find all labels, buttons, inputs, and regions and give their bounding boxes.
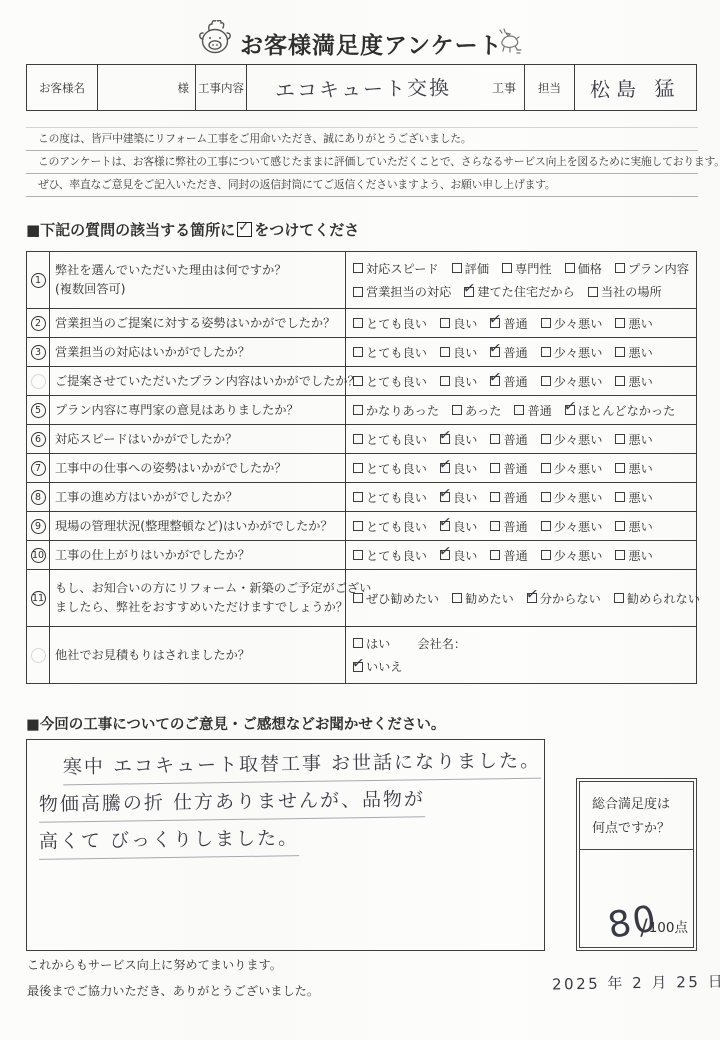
option-label: 良い	[453, 373, 477, 390]
survey-option[interactable]: とても良い	[353, 315, 427, 332]
checkbox-icon[interactable]	[565, 263, 575, 273]
question-number: 4	[31, 374, 46, 389]
survey-row: 1弊社を選んでいただいた理由は何ですか？(複数回答可)対応スピード評価専門性価格…	[27, 252, 696, 308]
question-number-cell: 11	[27, 570, 50, 626]
survey-row: 3営業担当の対応はいかがでしたか？とても良い良い普通少々悪い悪い	[27, 337, 696, 366]
options-cell: とても良い良い普通少々悪い悪い	[346, 367, 696, 395]
question-cell: 弊社を選んでいただいた理由は何ですか？(複数回答可)	[50, 252, 346, 308]
options-cell: はい会社名：いいえ	[346, 627, 696, 683]
survey-option[interactable]: 専門性	[502, 260, 552, 277]
checkbox-checked-icon[interactable]	[440, 492, 450, 502]
checkbox-icon[interactable]	[615, 434, 625, 444]
slash-mark: /	[640, 916, 647, 941]
intro-line-1: この度は、皆戸中建築にリフォーム工事をご用命いただき、誠にありがとうございました…	[26, 128, 698, 151]
option-label: 分からない	[540, 590, 601, 607]
date-handwritten-value: 2025 年 2 月 25 日	[552, 970, 720, 994]
question-number: 2	[31, 316, 46, 331]
options-cell: 対応スピード評価専門性価格プラン内容営業担当の対応建てた住宅だから当社の場所	[346, 252, 704, 308]
survey-row: 4ご提案させていただいたプラン内容はいかがでしたか？とても良い良い普通少々悪い悪…	[27, 366, 696, 395]
option-label: 専門性	[515, 260, 552, 277]
checkbox-icon[interactable]	[353, 463, 363, 473]
survey-option[interactable]: とても良い	[353, 547, 427, 564]
survey-option[interactable]: 悪い	[615, 518, 652, 535]
option-label: 良い	[453, 431, 477, 448]
option-label: 良い	[453, 344, 477, 361]
survey-option[interactable]: 分からない	[527, 590, 601, 607]
question-cell: 現場の管理状況(整理整頓など)はいかがでしたか？	[50, 512, 346, 540]
survey-option[interactable]: 良い	[440, 518, 477, 535]
intro-line-3: ぜひ、率直なご意見をご記入いただき、同封の返信封筒にてご返信くださいますよう、お…	[26, 174, 698, 197]
option-label: 少々悪い	[554, 489, 603, 506]
checkbox-icon[interactable]	[615, 492, 625, 502]
options-cell: とても良い良い普通少々悪い悪い	[346, 309, 696, 337]
survey-option[interactable]: 勧められない	[614, 590, 700, 607]
checkbox-icon[interactable]	[353, 550, 363, 560]
checkbox-checked-icon	[237, 222, 252, 237]
checkbox-icon[interactable]	[490, 463, 500, 473]
survey-option[interactable]: 悪い	[615, 489, 652, 506]
survey-option[interactable]: 普通	[514, 402, 551, 419]
option-line: 対応スピード評価専門性価格プラン内容	[353, 260, 702, 277]
survey-table: 1弊社を選んでいただいた理由は何ですか？(複数回答可)対応スピード評価専門性価格…	[26, 251, 697, 684]
survey-section-title: ■下記の質問の該当する箇所にをつけてくださ	[26, 219, 359, 240]
comments-section-title: ■今回の工事についてのご意見・ご感想などお聞かせください。	[26, 713, 445, 734]
option-label: 普通	[503, 373, 527, 390]
checkbox-checked-icon[interactable]	[565, 405, 575, 415]
question-number: 12	[31, 648, 46, 663]
question-number-cell: 6	[27, 425, 50, 453]
checkbox-icon[interactable]	[502, 263, 512, 273]
question-cell: 営業担当の対応はいかがでしたか？	[50, 338, 346, 366]
staff-label: 担当	[524, 65, 574, 110]
option-line: いいえ	[353, 658, 694, 675]
question-number: 3	[31, 345, 46, 360]
survey-option[interactable]: 悪い	[615, 460, 652, 477]
option-label: 勧めたい	[465, 590, 514, 607]
option-label: 良い	[453, 518, 477, 535]
question-number: 10	[31, 548, 46, 563]
options-cell: とても良い良い普通少々悪い悪い	[346, 425, 696, 453]
question-number-cell: 2	[27, 309, 50, 337]
checkbox-icon[interactable]	[615, 521, 625, 531]
option-label: プラン内容	[628, 260, 689, 277]
option-label: とても良い	[366, 344, 427, 361]
question-number-cell: 1	[27, 252, 50, 308]
survey-option[interactable]: 少々悪い	[541, 315, 603, 332]
checkbox-icon[interactable]	[615, 263, 625, 273]
survey-option[interactable]: はい	[353, 635, 390, 652]
checkbox-icon[interactable]	[353, 492, 363, 502]
options-cell: とても良い良い普通少々悪い悪い	[346, 454, 696, 482]
work-suffix-label: 工事	[492, 79, 516, 96]
option-label: とても良い	[366, 315, 427, 332]
checkbox-icon[interactable]	[452, 405, 462, 415]
option-label: 悪い	[628, 431, 652, 448]
option-label: 建てた住宅だから	[477, 283, 575, 300]
option-label: 少々悪い	[554, 547, 603, 564]
option-label: かなりあった	[366, 402, 439, 419]
option-line: はい会社名：	[353, 635, 694, 652]
checkbox-icon[interactable]	[353, 287, 363, 297]
checkbox-checked-icon[interactable]	[490, 376, 500, 386]
question-text: (複数回答可)	[55, 280, 341, 299]
survey-option[interactable]: 悪い	[615, 547, 652, 564]
option-label: いいえ	[366, 658, 403, 675]
option-label: あった	[465, 402, 501, 419]
question-text: 営業担当の対応はいかがでしたか？	[55, 343, 341, 362]
survey-option[interactable]: 悪い	[615, 344, 652, 361]
option-label: 普通	[503, 344, 527, 361]
option-label: 普通	[527, 402, 551, 419]
question-cell: もし、お知合いの方にリフォーム・新築のご予定がございましたら、弊社をおすすめいた…	[50, 570, 346, 626]
checkbox-icon[interactable]	[490, 521, 500, 531]
staff-name-cell: 松島 猛	[574, 65, 696, 110]
option-label: 価格	[578, 260, 602, 277]
survey-option[interactable]: 少々悪い	[541, 518, 603, 535]
question-number: 11	[31, 591, 46, 606]
option-label: とても良い	[366, 431, 427, 448]
customer-name-label: お客様名	[27, 65, 97, 110]
checkbox-icon[interactable]	[541, 434, 551, 444]
checkbox-icon[interactable]	[541, 492, 551, 502]
survey-option[interactable]: とても良い	[353, 460, 427, 477]
option-label: 良い	[453, 489, 477, 506]
option-label: 営業担当の対応	[366, 283, 451, 300]
survey-option[interactable]: とても良い	[353, 518, 427, 535]
checkbox-icon[interactable]	[440, 376, 450, 386]
survey-row: 12他社でお見積もりはされましたか？はい会社名：いいえ	[27, 626, 696, 683]
question-number: 6	[31, 432, 46, 447]
option-label: はい	[366, 635, 390, 652]
option-label: 少々悪い	[554, 460, 603, 477]
survey-option[interactable]: 価格	[565, 260, 602, 277]
survey-option[interactable]: 普通	[490, 431, 527, 448]
option-label: 普通	[503, 547, 527, 564]
checkbox-checked-icon[interactable]	[440, 521, 450, 531]
question-text: 工事中の仕事への姿勢はいかがでしたか？	[55, 459, 341, 478]
question-cell: 工事の進め方はいかがでしたか？	[50, 483, 346, 511]
survey-option[interactable]: 普通	[490, 315, 527, 332]
option-label: 普通	[503, 518, 527, 535]
option-label: 普通	[503, 460, 527, 477]
survey-option[interactable]: ほとんどなかった	[565, 402, 676, 419]
checkbox-icon[interactable]	[615, 347, 625, 357]
survey-option[interactable]: 勧めたい	[452, 590, 514, 607]
question-text: 工事の進め方はいかがでしたか？	[55, 488, 341, 507]
option-label: 少々悪い	[554, 315, 603, 332]
question-cell: ご提案させていただいたプラン内容はいかがでしたか？	[50, 367, 346, 395]
question-cell: 工事の仕上がりはいかがでしたか？	[50, 541, 346, 569]
survey-option[interactable]: 良い	[440, 547, 477, 564]
question-number-cell: 7	[27, 454, 50, 482]
checkbox-icon[interactable]	[490, 434, 500, 444]
comment-line-3: 高くて びっくりしました。	[39, 827, 299, 859]
checkbox-icon[interactable]	[541, 347, 551, 357]
survey-option[interactable]: 普通	[490, 373, 527, 390]
option-label: 悪い	[628, 315, 652, 332]
work-type-label: 工事内容	[195, 65, 246, 110]
checkbox-checked-icon[interactable]	[440, 463, 450, 473]
option-label: とても良い	[366, 373, 427, 390]
checkbox-icon[interactable]	[440, 347, 450, 357]
question-number-cell: 5	[27, 396, 50, 424]
survey-option[interactable]: 良い	[440, 344, 477, 361]
checkbox-checked-icon[interactable]	[490, 347, 500, 357]
checkbox-icon[interactable]	[353, 318, 363, 328]
survey-option[interactable]: とても良い	[353, 373, 427, 390]
score-value-field[interactable]: 80 /100点	[580, 850, 693, 947]
survey-option[interactable]: 普通	[490, 344, 527, 361]
work-type-cell: エコキュート交換 工事	[246, 65, 524, 110]
survey-option[interactable]: 建てた住宅だから	[464, 283, 575, 300]
option-label: 普通	[503, 431, 527, 448]
survey-option[interactable]: あった	[452, 402, 501, 419]
option-line: とても良い良い普通少々悪い悪い	[353, 518, 694, 535]
option-line: とても良い良い普通少々悪い悪い	[353, 489, 694, 506]
checkbox-checked-icon[interactable]	[490, 318, 500, 328]
question-cell: プラン内容に専門家の意見はありましたか？	[50, 396, 346, 424]
survey-option[interactable]: 少々悪い	[541, 431, 603, 448]
survey-option[interactable]: 少々悪い	[541, 344, 603, 361]
checkbox-icon[interactable]	[452, 263, 462, 273]
checkbox-icon[interactable]	[440, 318, 450, 328]
option-label: とても良い	[366, 489, 427, 506]
page-title: お客様満足度アンケート	[240, 27, 503, 60]
question-text: 現場の管理状況(整理整頓など)はいかがでしたか？	[55, 517, 341, 536]
question-text: 他社でお見積もりはされましたか？	[55, 646, 341, 665]
checkbox-icon[interactable]	[615, 550, 625, 560]
survey-option[interactable]: プラン内容	[615, 260, 689, 277]
checkbox-icon[interactable]	[615, 318, 625, 328]
intro-line-2: このアンケートは、お客様に弊社の工事について感じたままに評価していただくことで、…	[26, 151, 698, 174]
survey-option[interactable]: 少々悪い	[541, 460, 603, 477]
checkbox-icon[interactable]	[615, 376, 625, 386]
options-cell: かなりあったあった普通ほとんどなかった	[346, 396, 696, 424]
score-denominator: /100点	[640, 916, 688, 941]
option-text: 会社名：	[417, 635, 466, 652]
survey-option[interactable]: とても良い	[353, 431, 427, 448]
option-label: とても良い	[366, 518, 427, 535]
option-label: 良い	[453, 460, 477, 477]
checkbox-icon[interactable]	[353, 434, 363, 444]
option-line: とても良い良い普通少々悪い悪い	[353, 344, 694, 361]
survey-option[interactable]: ぜひ勧めたい	[353, 590, 439, 607]
option-line: かなりあったあった普通ほとんどなかった	[353, 402, 694, 419]
checkbox-icon[interactable]	[614, 593, 624, 603]
checkbox-checked-icon[interactable]	[440, 550, 450, 560]
options-cell: とても良い良い普通少々悪い悪い	[346, 541, 696, 569]
question-number: 9	[31, 519, 46, 534]
question-text: もし、お知合いの方にリフォーム・新築のご予定がござい	[55, 579, 341, 598]
question-text: プラン内容に専門家の意見はありましたか？	[55, 401, 341, 420]
survey-option[interactable]: 普通	[490, 547, 527, 564]
question-text: 営業担当のご提案に対する姿勢はいかがでしたか？	[55, 314, 341, 333]
survey-row: 10工事の仕上がりはいかがでしたか？とても良い良い普通少々悪い悪い	[27, 540, 696, 569]
survey-row: 5プラン内容に専門家の意見はありましたか？かなりあったあった普通ほとんどなかった	[27, 395, 696, 424]
question-number-cell: 10	[27, 541, 50, 569]
option-line: とても良い良い普通少々悪い悪い	[353, 315, 694, 332]
checkbox-icon[interactable]	[353, 638, 363, 648]
honorific-label: 様	[178, 80, 190, 96]
survey-row: 7工事中の仕事への姿勢はいかがでしたか？とても良い良い普通少々悪い悪い	[27, 453, 696, 482]
checkbox-icon[interactable]	[452, 593, 462, 603]
survey-option[interactable]: いいえ	[353, 658, 403, 675]
checkbox-checked-icon[interactable]	[440, 434, 450, 444]
checkbox-icon[interactable]	[615, 463, 625, 473]
option-label: 会社名：	[417, 635, 466, 652]
survey-option[interactable]: かなりあった	[353, 402, 439, 419]
survey-option[interactable]: 少々悪い	[541, 489, 603, 506]
option-line: とても良い良い普通少々悪い悪い	[353, 431, 694, 448]
survey-option[interactable]: とても良い	[353, 344, 427, 361]
option-label: 悪い	[628, 518, 652, 535]
handwritten-comment: 寒中 エコキュート取替工事 お世話になりました。 物価高騰の折 仕方ありませんが…	[27, 740, 544, 857]
checkbox-icon[interactable]	[514, 405, 524, 415]
survey-option[interactable]: 当社の場所	[588, 283, 662, 300]
checkbox-icon[interactable]	[353, 521, 363, 531]
option-line: ぜひ勧めたい勧めたい分からない勧められない	[353, 590, 713, 607]
checkbox-icon[interactable]	[541, 550, 551, 560]
checkbox-icon[interactable]	[353, 347, 363, 357]
option-line: とても良い良い普通少々悪い悪い	[353, 373, 694, 390]
scanned-survey-page: お客様満足度アンケート お客様名 様 工事内容 エコキュート交換 工事 担当 松…	[0, 0, 720, 1040]
checkbox-checked-icon[interactable]	[464, 287, 474, 297]
survey-option[interactable]: 悪い	[615, 315, 652, 332]
checkbox-checked-icon[interactable]	[353, 662, 363, 672]
customer-name-field[interactable]: 様	[97, 65, 195, 110]
question-cell: 他社でお見積もりはされましたか？	[50, 627, 346, 683]
comment-line-1: 寒中 エコキュート取替工事 お世話になりました。	[63, 750, 541, 785]
option-label: 良い	[453, 547, 477, 564]
question-text: 工事の仕上がりはいかがでしたか？	[55, 546, 341, 565]
survey-row: 8工事の進め方はいかがでしたか？とても良い良い普通少々悪い悪い	[27, 482, 696, 511]
question-text: ご提案させていただいたプラン内容はいかがでしたか？	[55, 372, 341, 391]
survey-option[interactable]: 悪い	[615, 373, 652, 390]
footer-line-2: 最後までご協力いただき、ありがとうございました。	[27, 982, 319, 999]
score-question-label: 総合満足度は 何点ですか？	[580, 782, 693, 850]
checkbox-icon[interactable]	[588, 287, 598, 297]
survey-option[interactable]: 良い	[440, 431, 477, 448]
question-cell: 工事中の仕事への姿勢はいかがでしたか？	[50, 454, 346, 482]
survey-option[interactable]: 対応スピード	[353, 260, 439, 277]
option-label: 少々悪い	[554, 431, 603, 448]
question-number: 1	[31, 273, 46, 288]
question-number-cell: 4	[27, 367, 50, 395]
checkbox-icon[interactable]	[541, 521, 551, 531]
option-label: 勧められない	[627, 590, 700, 607]
option-label: ほとんどなかった	[578, 402, 676, 419]
option-label: 悪い	[628, 460, 652, 477]
option-label: とても良い	[366, 547, 427, 564]
checkbox-icon[interactable]	[353, 376, 363, 386]
work-type-handwritten-value: エコキュート交換	[275, 71, 451, 103]
comments-box[interactable]: 寒中 エコキュート取替工事 お世話になりました。 物価高騰の折 仕方ありませんが…	[26, 739, 545, 951]
survey-option[interactable]: 営業担当の対応	[353, 283, 451, 300]
checkbox-icon[interactable]	[541, 318, 551, 328]
overall-score-box: 総合満足度は 何点ですか？ 80 /100点	[576, 778, 697, 951]
question-number-cell: 12	[27, 627, 50, 683]
survey-option[interactable]: 悪い	[615, 431, 652, 448]
option-label: 悪い	[628, 344, 652, 361]
option-line: とても良い良い普通少々悪い悪い	[353, 460, 694, 477]
checkbox-checked-icon[interactable]	[527, 593, 537, 603]
question-text: 対応スピードはいかがでしたか？	[55, 430, 341, 449]
option-label: 少々悪い	[554, 373, 603, 390]
checkbox-icon[interactable]	[490, 550, 500, 560]
option-label: ぜひ勧めたい	[366, 590, 439, 607]
option-label: 普通	[503, 315, 527, 332]
option-label: 悪い	[628, 547, 652, 564]
survey-option[interactable]: 評価	[452, 260, 489, 277]
option-label: 普通	[503, 489, 527, 506]
options-cell: ぜひ勧めたい勧めたい分からない勧められない	[346, 570, 715, 626]
survey-option[interactable]: 少々悪い	[541, 373, 603, 390]
question-number: 7	[31, 461, 46, 476]
survey-row: 6対応スピードはいかがでしたか？とても良い良い普通少々悪い悪い	[27, 424, 696, 453]
option-label: 少々悪い	[554, 518, 603, 535]
options-cell: とても良い良い普通少々悪い悪い	[346, 483, 696, 511]
question-number: 5	[31, 403, 46, 418]
intro-text-block: この度は、皆戸中建築にリフォーム工事をご用命いただき、誠にありがとうございました…	[26, 127, 698, 197]
option-line: 営業担当の対応建てた住宅だから当社の場所	[353, 283, 702, 300]
running-piglet-sketch-icon	[492, 26, 524, 56]
option-line: とても良い良い普通少々悪い悪い	[353, 547, 694, 564]
option-label: 良い	[453, 315, 477, 332]
question-number-cell: 3	[27, 338, 50, 366]
options-cell: とても良い良い普通少々悪い悪い	[346, 338, 696, 366]
checkbox-icon[interactable]	[490, 492, 500, 502]
survey-option[interactable]: 良い	[440, 460, 477, 477]
option-label: 当社の場所	[601, 283, 662, 300]
survey-row: 9現場の管理状況(整理整頓など)はいかがでしたか？とても良い良い普通少々悪い悪い	[27, 511, 696, 540]
question-text: 弊社を選んでいただいた理由は何ですか？	[55, 261, 341, 280]
survey-option[interactable]: 普通	[490, 460, 527, 477]
pig-mascot-icon	[196, 20, 234, 58]
question-number: 8	[31, 490, 46, 505]
checkbox-icon[interactable]	[353, 593, 363, 603]
survey-row: 11もし、お知合いの方にリフォーム・新築のご予定がございましたら、弊社をおすすめ…	[27, 569, 696, 626]
checkbox-icon[interactable]	[541, 376, 551, 386]
survey-option[interactable]: 普通	[490, 518, 527, 535]
option-label: 少々悪い	[554, 344, 603, 361]
checkbox-icon[interactable]	[353, 405, 363, 415]
survey-option[interactable]: 少々悪い	[541, 547, 603, 564]
info-table: お客様名 様 工事内容 エコキュート交換 工事 担当 松島 猛	[26, 64, 697, 111]
checkbox-icon[interactable]	[353, 263, 363, 273]
survey-option[interactable]: 良い	[440, 489, 477, 506]
option-label: とても良い	[366, 460, 427, 477]
option-label: 評価	[465, 260, 489, 277]
survey-row: 2営業担当のご提案に対する姿勢はいかがでしたか？とても良い良い普通少々悪い悪い	[27, 308, 696, 337]
survey-option[interactable]: とても良い	[353, 489, 427, 506]
survey-option[interactable]: 良い	[440, 373, 477, 390]
survey-option[interactable]: 普通	[490, 489, 527, 506]
survey-option[interactable]: 良い	[440, 315, 477, 332]
option-label: 悪い	[628, 489, 652, 506]
question-cell: 営業担当のご提案に対する姿勢はいかがでしたか？	[50, 309, 346, 337]
question-number-cell: 8	[27, 483, 50, 511]
option-label: 悪い	[628, 373, 652, 390]
comment-line-2: 物価高騰の折 仕方ありませんが、品物が	[39, 788, 425, 822]
checkbox-icon[interactable]	[541, 463, 551, 473]
options-cell: とても良い良い普通少々悪い悪い	[346, 512, 696, 540]
footer-line-1: これからもサービス向上に努めてまいります。	[27, 956, 282, 973]
option-label: 対応スピード	[366, 260, 439, 277]
question-number-cell: 9	[27, 512, 50, 540]
question-text: ましたら、弊社をおすすめいただけますでしょうか？	[55, 598, 341, 617]
question-cell: 対応スピードはいかがでしたか？	[50, 425, 346, 453]
staff-name-handwritten-value: 松島 猛	[590, 72, 681, 103]
